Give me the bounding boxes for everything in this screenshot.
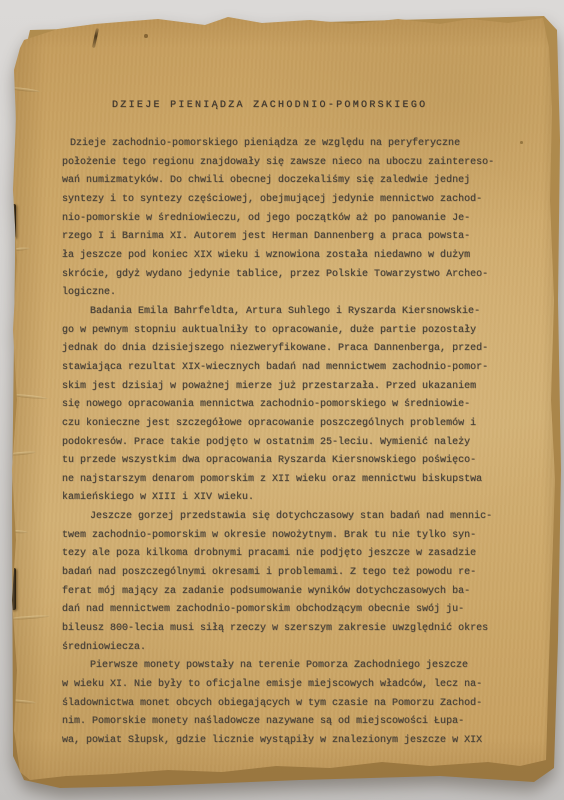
text-line: rzego I i Barnima XI. Autorem jest Herma… (62, 228, 502, 247)
text-line: nim. Pomorskie monety naśladowcze nazywa… (62, 713, 502, 732)
text-line: go w pewnym stopniu auktualniły to oprac… (62, 322, 502, 341)
text-line: położenie tego regionu znajdowały się za… (62, 154, 502, 173)
text-line: kamieńskiego w XIII i XIV wieku. (62, 489, 502, 508)
text-line: wa, powiat Słupsk, gdzie licznie wystąpi… (62, 732, 502, 751)
text-line: ła jeszcze pod koniec XIX wieku i wznowi… (62, 247, 502, 266)
text-line: Jeszcze gorzej przedstawia się dotychcza… (62, 508, 502, 527)
text-line: skrócie, gdyż wydano jedynie tablice, pr… (62, 266, 502, 285)
text-line: syntezy i to syntezy częściowej, obejmuj… (62, 191, 502, 210)
text-line: śladownictwa monet obcych obiegających w… (62, 695, 502, 714)
text-line: logiczne. (62, 284, 502, 303)
scan-background: DZIEJE PIENIĄDZA ZACHODNIO-POMORSKIEGO D… (0, 0, 564, 800)
text-line: skim jest dzisiaj w poważnej mierze już … (62, 378, 502, 397)
text-line: Pierwsze monety powstały na terenie Pomo… (62, 657, 502, 676)
booklet: DZIEJE PIENIĄDZA ZACHODNIO-POMORSKIEGO D… (0, 0, 564, 800)
text-line: średniowiecza. (62, 639, 502, 658)
text-line: tezy ale poza kilkoma drobnymi pracami n… (62, 545, 502, 564)
text-line: wań numizmatyków. Do chwili obecnej docz… (62, 172, 502, 191)
text-line: się nowego opracowania mennictwa zachodn… (62, 396, 502, 415)
text-line: tu przede wszystkim dwa opracowania Rysz… (62, 452, 502, 471)
paper-page: DZIEJE PIENIĄDZA ZACHODNIO-POMORSKIEGO D… (0, 0, 564, 800)
text-line: dań nad mennictwem zachodnio-pomorskim o… (62, 601, 502, 620)
page-title: DZIEJE PIENIĄDZA ZACHODNIO-POMORSKIEGO (112, 98, 427, 113)
text-line: bileusz 800-lecia musi siłą rzeczy w sze… (62, 620, 502, 639)
text-line: jednak do dnia dzisiejszego niezweryfiko… (62, 340, 502, 359)
text-line: ferat mój mający za zadanie podsumowanie… (62, 583, 502, 602)
text-line: badań nad poszczególnymi okresami i prob… (62, 564, 502, 583)
paper-speck (144, 34, 148, 38)
text-line: twem zachodnio-pomorskim w okresie nowoż… (62, 527, 502, 546)
text-line: podokresów. Prace takie podjęto w ostatn… (62, 434, 502, 453)
text-line: Dzieje zachodnio-pomorskiego pieniądza z… (62, 135, 502, 154)
text-line: czu konieczne jest szczegółowe opracowan… (62, 415, 502, 434)
text-line: stawiająca rezultat XIX-wiecznych badań … (62, 359, 502, 378)
text-line: nio-pomorskie w średniowieczu, od jego p… (62, 210, 502, 229)
text-line: ne najstarszym denarom pomorskim z XII w… (62, 471, 502, 490)
text-line: w wieku XI. Nie były to oficjalne emisje… (62, 676, 502, 695)
paper-speck (520, 141, 523, 144)
staple-top (10, 204, 16, 238)
text-line: Badania Emila Bahrfeldta, Artura Suhlego… (62, 303, 502, 322)
document-body: Dzieje zachodnio-pomorskiego pieniądza z… (62, 135, 502, 751)
